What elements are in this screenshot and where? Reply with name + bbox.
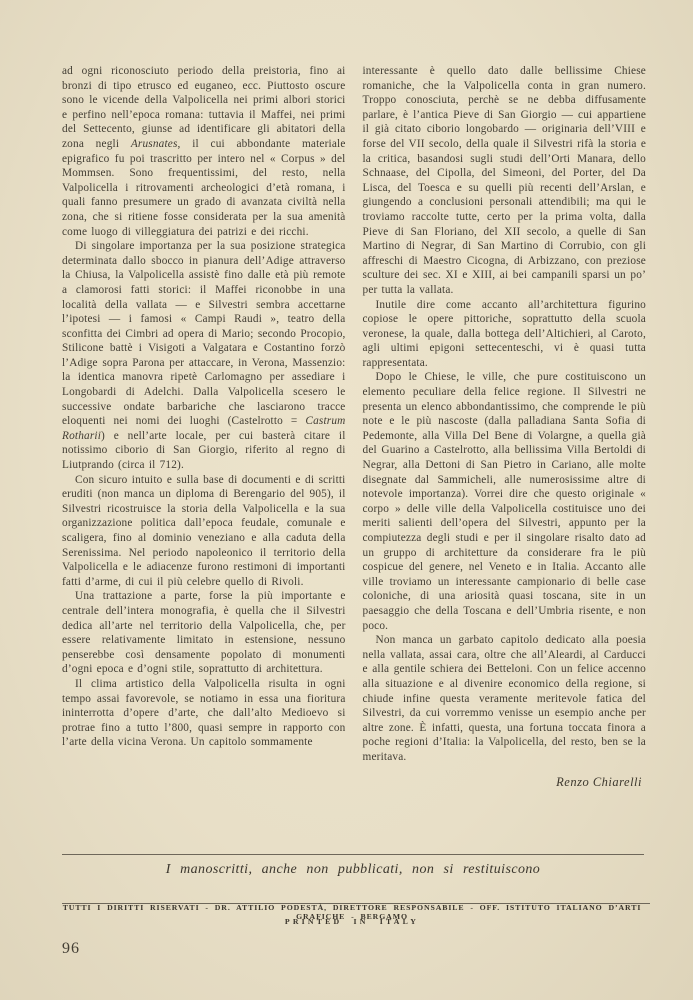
paragraph: ad ogni riconosciuto periodo della preis…	[62, 64, 346, 239]
text-column-left: ad ogni riconosciuto periodo della preis…	[62, 64, 346, 790]
scanned-page: ad ogni riconosciuto periodo della preis…	[0, 0, 693, 1000]
paragraph: Di singolare importanza per la sua posiz…	[62, 239, 346, 473]
manuscript-notice: I manoscritti, anche non pubblicati, non…	[62, 862, 644, 878]
text-segment: Di singolare importanza per la sua posiz…	[62, 240, 346, 427]
text-segment: ) e nell’arte locale, per cui basterà ci…	[62, 430, 346, 471]
text-segment: Dopo le Chiese, le ville, che pure costi…	[363, 371, 647, 631]
text-column-right: interessante è quello dato dalle belliss…	[363, 64, 647, 790]
page-number: 96	[62, 940, 80, 958]
printed-in-italy-line: PRINTED IN ITALY	[50, 917, 654, 926]
paragraph: Il clima artistico della Valpolicella ri…	[62, 677, 346, 750]
text-segment: Una trattazione a parte, forse la più im…	[62, 590, 346, 675]
paragraph: Non manca un garbato capitolo dedicato a…	[363, 633, 647, 764]
italic-text-segment: Arusnates	[131, 138, 178, 150]
paragraph: Una trattazione a parte, forse la più im…	[62, 589, 346, 677]
footer-rule-top	[62, 854, 644, 855]
author-signature: Renzo Chiarelli	[363, 775, 647, 790]
text-segment: Con sicuro intuito e sulla base di docum…	[62, 474, 346, 588]
paragraph: Inutile dire come accanto all’architettu…	[363, 298, 647, 371]
article-body: ad ogni riconosciuto periodo della preis…	[62, 64, 646, 790]
text-segment: Il clima artistico della Valpolicella ri…	[62, 678, 346, 748]
paragraph: interessante è quello dato dalle belliss…	[363, 64, 647, 298]
text-segment: Inutile dire come accanto all’architettu…	[363, 299, 647, 369]
text-segment: , il cui abbondante materiale epigrafico…	[62, 138, 346, 238]
text-segment: Non manca un garbato capitolo dedicato a…	[363, 634, 647, 763]
text-segment: interessante è quello dato dalle belliss…	[363, 65, 647, 296]
paragraph: Dopo le Chiese, le ville, che pure costi…	[363, 370, 647, 633]
paragraph: Con sicuro intuito e sulla base di docum…	[62, 473, 346, 590]
